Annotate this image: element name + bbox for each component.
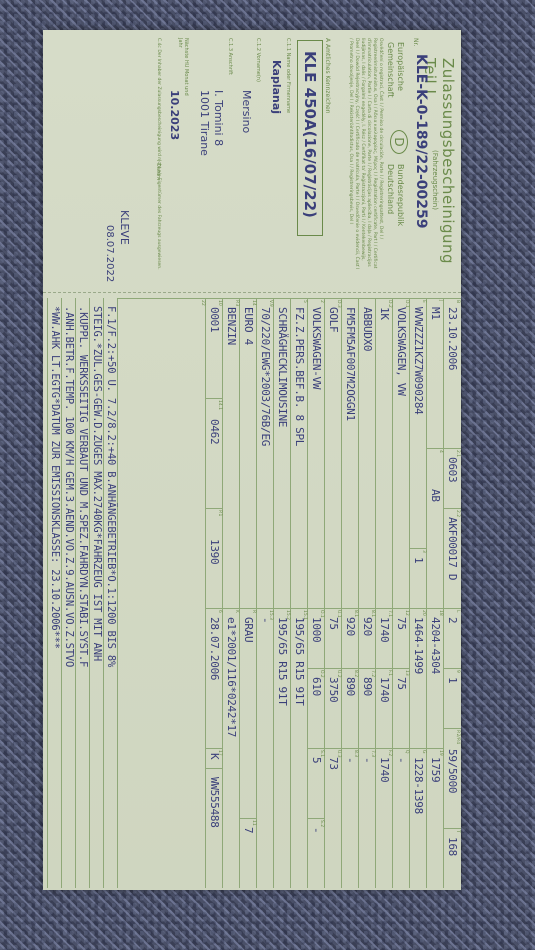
- remark-line: .KUPPL. WERKSSEITIG VERBAUT UND M.SPEZ.F…: [75, 298, 89, 888]
- standing-places: -: [310, 827, 323, 833]
- braked-trailer: 1000: [310, 617, 323, 642]
- fuel-code: 0001: [208, 307, 221, 332]
- address-line2: 1001 Tirane: [198, 90, 211, 156]
- grid-row: EWVWZZZ1KZ7W090284 31 201464-1499 G1228-…: [409, 298, 427, 888]
- tank-volume: 75: [395, 617, 408, 630]
- owner-footnote: C.4c Der Inhaber der Zulassungsbescheini…: [156, 38, 161, 278]
- body-type: AB: [429, 489, 442, 502]
- trade-name: GOLF: [327, 307, 340, 332]
- grid-row: P.3BENZIN Ke1*2001/116*0242*17: [222, 298, 240, 888]
- registration-document: Zulassungsbescheinigung Teil I (Fahrzeug…: [43, 30, 461, 890]
- legal-multilingual-text: Osvědčení o registraci, Část I / Permiso…: [347, 38, 383, 270]
- firstname-label: C.1.2 Vorname(n): [255, 38, 261, 82]
- manufacturer-code: 0603: [446, 457, 459, 482]
- document-cover-page: Zulassungsbescheinigung Teil I (Fahrzeug…: [43, 30, 461, 293]
- inspection-date: 10.2023: [168, 90, 181, 140]
- seats: 5: [310, 757, 323, 763]
- approval-date: 28.07.2006: [208, 617, 221, 680]
- axle-capacity-3: -: [361, 757, 374, 763]
- grid-row: SCHRÄGHECKLIMOUSINE 15.2195/65 R15 91T: [273, 298, 291, 888]
- grid-row: ABBUDX0 8.1920 7.2890 7.3-: [358, 298, 376, 888]
- grid-row: FM5FM5AF007M2OGGN1 8.1920 8.2890 8.3-: [341, 298, 359, 888]
- make-name: VOLKSWAGEN-VW: [310, 307, 323, 389]
- axles: 2: [446, 617, 459, 623]
- power-weight: -: [395, 757, 408, 763]
- grid-row: 14EURO 4 RGRAU 117: [239, 298, 257, 888]
- address-label: C.1.3 Anschrift: [227, 38, 233, 75]
- issue-date: 08.07.2022: [104, 225, 115, 282]
- owner-firstname: Mersino: [240, 90, 253, 133]
- body-text: SCHRÄGHECKLIMOUSINE: [276, 307, 289, 427]
- remark-line: .ANH.BETR.F.TEMP. 100 KM/H GEM.3.AEND.VO…: [61, 298, 75, 888]
- remarks-section: F.1/F.2:+50 U. 7.2/8.2:+40 B.ANHÄNGEBETR…: [47, 298, 117, 888]
- axle-load-3: -: [344, 757, 357, 763]
- grid-row: D.21K 7.11740 F.11740 F.21740: [375, 298, 393, 888]
- length: 4204-4304: [429, 617, 442, 674]
- axle-2: 890: [344, 677, 357, 696]
- eu-label: Europäische Gemeinschaft: [385, 42, 405, 97]
- color: GRAU: [242, 617, 255, 642]
- owner-name: Kaplanaj: [270, 60, 283, 114]
- emission-class: EURO 4: [242, 307, 255, 345]
- address-line1: I. Tomini 8: [212, 90, 225, 146]
- name-label: C.1.1 Name oder Firmenname: [285, 38, 291, 113]
- country-code-oval-icon: D: [390, 130, 408, 154]
- remark-line: *WW.AHK LT.EGTG*DATUM ZUR EMISSIONSKLASS…: [47, 298, 61, 888]
- check-digit: 1: [412, 557, 425, 563]
- unbraked-trailer: 610: [310, 677, 323, 696]
- approval-number: WW555488: [208, 777, 221, 828]
- variant: ABBUDX0: [361, 307, 374, 351]
- plate-label: A Amtliches Kennzeichen: [324, 38, 331, 114]
- grid-row: B23.10.2006 2.10603 2.2AKF00017 D L2 91 …: [443, 298, 461, 888]
- grid-row: JM1 4AB 184204-4304 191759: [426, 298, 444, 888]
- vin: WVWZZZ1KZ7W090284: [412, 307, 425, 414]
- axle-load-1: 920: [361, 617, 374, 636]
- tyres-axle-3: -: [259, 617, 272, 623]
- displacement: 1390: [208, 539, 221, 564]
- type-approval: e1*2001/116*0242*17: [225, 617, 238, 737]
- grid-row: 5FZ.Z.PERS.BEF.B. 8 SPL 15.1195/65 R15 9…: [290, 298, 308, 888]
- color-code: 7: [242, 827, 255, 833]
- number-label: Nr.: [412, 38, 419, 46]
- axle-capacity-1: 1740: [378, 617, 391, 642]
- remark-line: F.1/F.2:+50 U. 7.2/8.2:+40 B.ANHÄNGEBETR…: [103, 298, 117, 888]
- issue-place: KLEVE: [118, 210, 131, 245]
- vertical-load: 75: [395, 677, 408, 690]
- tyres-axle-1: 195/65 R15 91T: [293, 617, 306, 706]
- field-17-marker: K: [208, 753, 221, 759]
- noise-rpm: 3750: [327, 677, 340, 702]
- height: 1464-1499: [412, 617, 425, 674]
- empty-mass: 1228-1398: [412, 757, 425, 814]
- document-subtitle: (Fahrzeugschein): [431, 150, 439, 210]
- max-mass: 1740: [378, 677, 391, 702]
- grid-row: D.1VOLKSWAGEN, VW 1275 1375 Q-: [392, 298, 410, 888]
- top-speed: 168: [446, 837, 459, 856]
- power-rpm: 59/5000: [446, 749, 459, 793]
- make: VOLKSWAGEN, VW: [395, 307, 408, 396]
- grid-spacer: 22: [117, 298, 206, 888]
- grid-row: 100001 14.10462 P.11390 628.07.2006 17K …: [205, 298, 223, 888]
- type: 1K: [378, 307, 391, 320]
- grid-row: V.970/220/EWG*2003/76B/EG 15.3-: [256, 298, 274, 888]
- first-registration: 23.10.2006: [446, 307, 459, 370]
- driving-noise: 73: [327, 757, 340, 770]
- fuel-type: BENZIN: [225, 307, 238, 345]
- drive-axles: 1: [446, 677, 459, 683]
- license-plate: KLE 450A(16/07/22): [297, 40, 323, 236]
- grid-row: D.3GOLF U.175 U.23750 U.373: [324, 298, 342, 888]
- vehicle-class: M1: [429, 307, 442, 320]
- emission-directive: 70/220/EWG*2003/76B/EG: [259, 307, 272, 446]
- version: FM5FM5AF007M2OGGN1: [344, 307, 357, 421]
- axle-load-1b: 920: [344, 617, 357, 636]
- remark-line: STEIG.*ZUL.GES-GEW.D.ZUGES MAX.2740KG*FA…: [89, 298, 103, 888]
- inspection-label: Nächste HU Monat und Jahr: [177, 38, 189, 98]
- max-mass-national: 1740: [378, 757, 391, 782]
- type-code: AKF00017 D: [446, 517, 459, 580]
- emission-code: 0462: [208, 419, 221, 444]
- standing-noise: 75: [327, 617, 340, 630]
- grid-row: 2VOLKSWAGEN-VW O.11000 O.2610 S.15 S.2-: [307, 298, 325, 888]
- vehicle-class-text: FZ.Z.PERS.BEF.B. 8 SPL: [293, 307, 306, 446]
- tyres-axle-2: 195/65 R15 91T: [276, 617, 289, 706]
- axle-load-2: 890: [361, 677, 374, 696]
- document-number: KLE-K-0-189/22-00259: [413, 54, 429, 228]
- vehicle-data-grid: B23.10.2006 2.10603 2.2AKF00017 D L2 91 …: [43, 298, 461, 888]
- width: 1759: [429, 757, 442, 782]
- country-label: Bundesrepublik Deutschland: [385, 164, 405, 226]
